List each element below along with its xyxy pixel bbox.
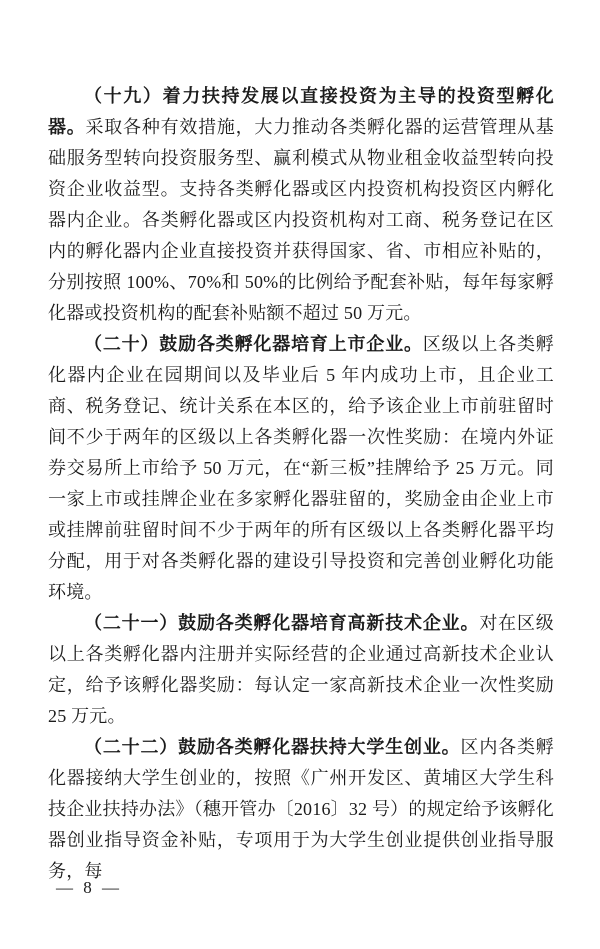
paragraph-item-19-text: 采取各种有效措施，大力推动各类孵化器的运营管理从基础服务型转向投资服务型、赢利模…	[48, 117, 554, 323]
paragraph-item-19: （十九）着力扶持发展以直接投资为主导的投资型孵化器。采取各种有效措施，大力推动各…	[48, 81, 554, 329]
paragraph-item-21-heading: （二十一）鼓励各类孵化器培育高新技术企业。	[84, 613, 479, 633]
paragraph-item-22-text: 区内各类孵化器接纳大学生创业的，按照《广州开发区、黄埔区大学生科技企业扶持办法》…	[48, 737, 554, 881]
paragraph-item-22-heading: （二十二）鼓励各类孵化器扶持大学生创业。	[84, 737, 461, 757]
paragraph-item-21: （二十一）鼓励各类孵化器培育高新技术企业。对在区级以上各类孵化器内注册并实际经营…	[48, 608, 554, 732]
paragraph-item-22: （二十二）鼓励各类孵化器扶持大学生创业。区内各类孵化器接纳大学生创业的，按照《广…	[48, 732, 554, 887]
page-number: — 8 —	[56, 877, 122, 899]
paragraph-item-20-text: 区级以上各类孵化器内企业在园期间以及毕业后 5 年内成功上市，且企业工商、税务登…	[48, 334, 554, 602]
paragraph-item-20-heading: （二十）鼓励各类孵化器培育上市企业。	[84, 334, 423, 354]
paragraph-item-20: （二十）鼓励各类孵化器培育上市企业。区级以上各类孵化器内企业在园期间以及毕业后 …	[48, 329, 554, 608]
document-body: （十九）着力扶持发展以直接投资为主导的投资型孵化器。采取各种有效措施，大力推动各…	[48, 81, 554, 887]
document-page: （十九）着力扶持发展以直接投资为主导的投资型孵化器。采取各种有效措施，大力推动各…	[0, 0, 600, 949]
